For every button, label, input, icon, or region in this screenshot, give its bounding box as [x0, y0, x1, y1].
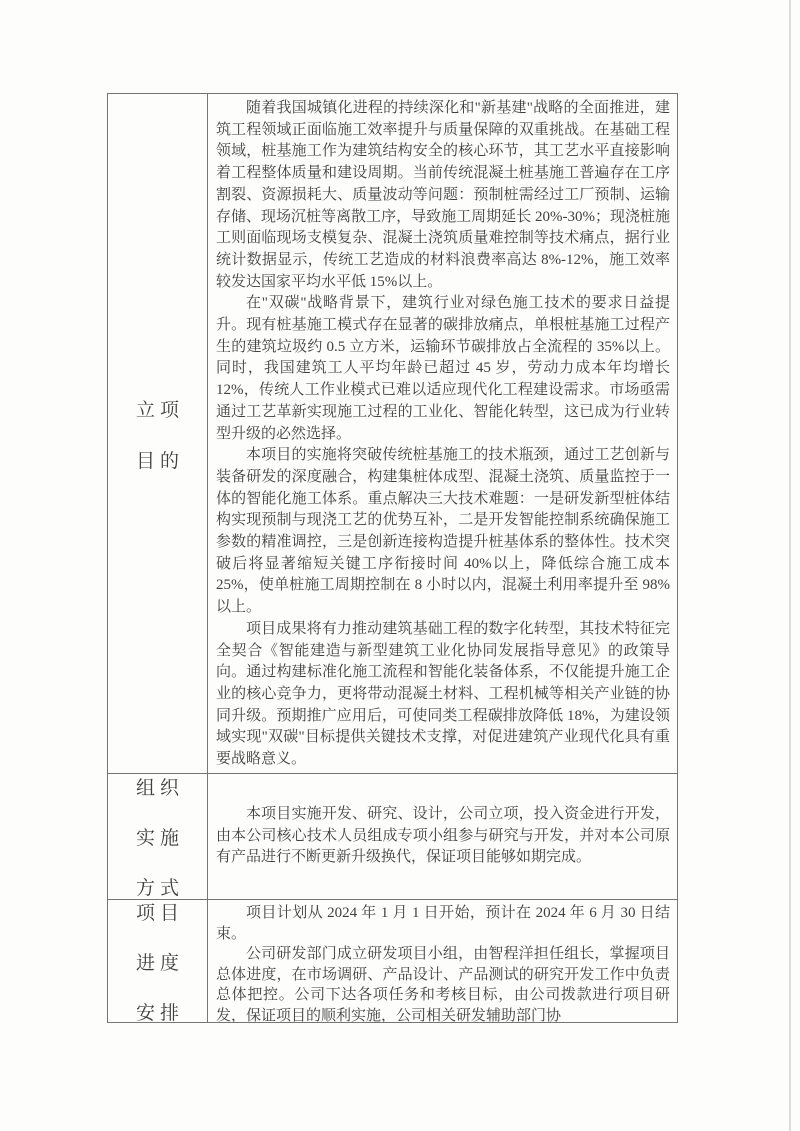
row-header-line: 进度 [136, 948, 184, 975]
paragraph-schedule-dates: 项目计划从 2024 年 1 月 1 日开始，预计在 2024 年 6 月 30… [216, 903, 670, 944]
row-content-project-purpose: 随着我国城镇化进程的持续深化和"新基建"战略的全面推进，建筑工程领域正面临施工效… [208, 94, 677, 773]
row-header-line: 项目 [136, 899, 184, 925]
project-form-table: 立项 目的 随着我国城镇化进程的持续深化和"新基建"战略的全面推进，建筑工程领域… [107, 93, 678, 1023]
row-content-organization-method: 本项目实施开发、研究、设计，公司立项，投入资金进行开发，由本公司核心技术人员组成… [208, 774, 677, 899]
row-content-project-schedule: 项目计划从 2024 年 1 月 1 日开始，预计在 2024 年 6 月 30… [208, 900, 677, 1022]
table-row-organization-method: 组织 实施 方式 本项目实施开发、研究、设计，公司立项，投入资金进行开发，由本公… [108, 773, 677, 899]
row-header-line: 组织 [136, 773, 184, 800]
table-row-project-schedule: 项目 进度 安排 项目计划从 2024 年 1 月 1 日开始，预计在 2024… [108, 899, 677, 1022]
row-header-project-schedule: 项目 进度 安排 [108, 900, 208, 1022]
row-header-line: 方式 [136, 873, 184, 899]
table-row-project-purpose: 立项 目的 随着我国城镇化进程的持续深化和"新基建"战略的全面推进，建筑工程领域… [108, 94, 677, 773]
paragraph-implementation-method: 本项目实施开发、研究、设计，公司立项，投入资金进行开发，由本公司核心技术人员组成… [216, 804, 670, 869]
scanned-document-page: 立项 目的 随着我国城镇化进程的持续深化和"新基建"战略的全面推进，建筑工程领域… [0, 0, 800, 1131]
row-header-organization-method: 组织 实施 方式 [108, 774, 208, 899]
row-header-line: 立项 [136, 395, 184, 422]
paragraph-technical-goals: 本项目的实施将突破传统桩基施工的技术瓶颈，通过工艺创新与装备研发的深度融合，构建… [216, 445, 670, 619]
row-header-project-purpose: 立项 目的 [108, 94, 208, 773]
row-header-line: 安排 [136, 998, 184, 1023]
page-edge-shadow [789, 0, 791, 1131]
paragraph-dual-carbon-background: 在"双碳"战略背景下，建筑行业对绿色施工技术的要求日益提升。现有桩基施工模式存在… [216, 293, 670, 445]
row-header-line: 实施 [136, 823, 184, 850]
paragraph-expected-impact: 项目成果将有力推动建筑基础工程的数字化转型，其技术特征完全契合《智能建造与新型建… [216, 619, 670, 771]
paragraph-team-arrangement: 公司研发部门成立研发项目小组，由智程洋担任组长，掌握项目总体进度，在市场调研、产… [216, 944, 670, 1022]
row-header-line: 目的 [136, 446, 184, 473]
paragraph-urbanization-background: 随着我国城镇化进程的持续深化和"新基建"战略的全面推进，建筑工程领域正面临施工效… [216, 98, 670, 293]
